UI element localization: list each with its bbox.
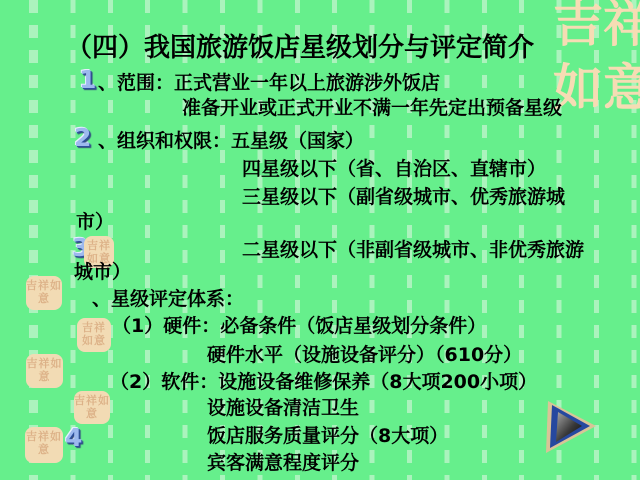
seal-stamp-icon: 吉祥如意 xyxy=(26,276,62,310)
presentation-slide: 吉祥如意 （四）我国旅游饭店星级划分与评定简介 1 2 3 4 吉祥如意 吉祥如… xyxy=(0,0,640,480)
list-number-4: 4 xyxy=(65,425,82,451)
seal-stamp-icon: 吉祥如意 xyxy=(74,391,110,424)
line-hardware: （1）硬件：必备条件（饭店星级划分条件） xyxy=(112,315,486,337)
line-authority: 、组织和权限：五星级（国家） xyxy=(98,130,364,152)
line-rating-system: 、星级评定体系： xyxy=(92,288,244,310)
seal-stamp-icon: 吉祥如意 xyxy=(25,427,63,463)
line-guest-satisfaction: 宾客满意程度评分 xyxy=(207,452,359,474)
line-hardware-score: 硬件水平（设施设备评分）（610分） xyxy=(207,344,522,366)
slide-title: （四）我国旅游饭店星级划分与评定简介 xyxy=(66,27,534,64)
line-three-star: 三星级以下（副省级城市、优秀旅游城 xyxy=(242,186,565,208)
seal-stamp-icon: 吉祥如意 xyxy=(77,318,111,352)
play-triangle-icon xyxy=(545,398,599,456)
line-three-star-cont: 市） xyxy=(76,211,114,233)
list-number-1: 1 xyxy=(79,67,96,93)
line-scope-cont: 准备开业或正式开业不满一年先定出预备星级 xyxy=(182,97,562,119)
list-number-2: 2 xyxy=(74,125,91,151)
seal-stamp-icon: 吉祥如意 xyxy=(26,354,63,388)
line-four-star: 四星级以下（省、自治区、直辖市） xyxy=(242,158,546,180)
line-two-star: 二星级以下（非副省级城市、非优秀旅游 xyxy=(242,239,584,261)
line-cleanliness: 设施设备清洁卫生 xyxy=(207,397,359,419)
calligraphy-seal-icon: 吉祥如意 xyxy=(551,0,640,142)
line-service-score: 饭店服务质量评分（8大项） xyxy=(207,425,448,447)
next-slide-button[interactable] xyxy=(545,398,599,456)
line-scope: 、范围：正式营业一年以上旅游涉外饭店 xyxy=(98,72,440,94)
line-software: （2）软件：设施设备维修保养（8大项200小项） xyxy=(110,371,537,393)
line-two-star-cont: 城市） xyxy=(74,261,131,283)
